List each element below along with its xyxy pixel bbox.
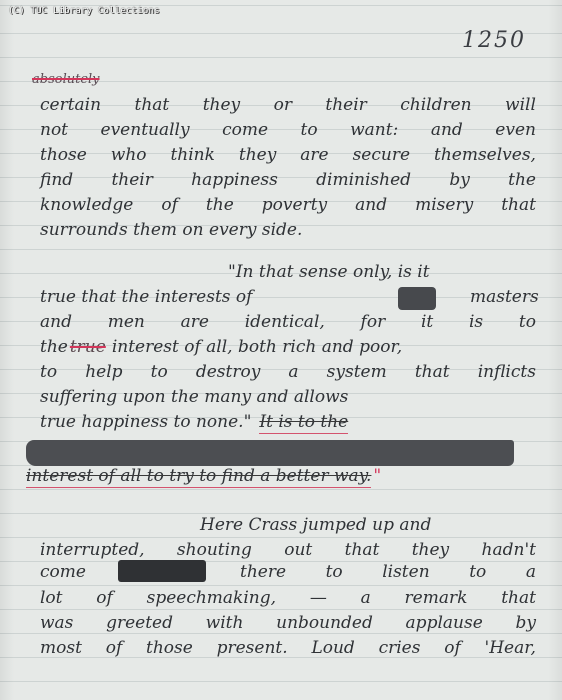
text-line: masters [470,287,536,307]
word: those [40,145,87,165]
word: find [40,170,73,190]
word: system [327,362,387,382]
word: interrupted, [40,540,145,560]
word: is [469,312,483,332]
word: cries [379,638,421,658]
word: are [181,312,209,332]
copyright-watermark: (C) TUC Library Collections [8,6,160,16]
word: secure [353,145,410,165]
word: to [40,362,57,382]
text-line: tohelptodestroyasystemthatinflicts [40,362,536,382]
page-number: 1250 [462,28,526,53]
word: by [515,613,536,633]
word: to [469,562,486,582]
line-text: the [40,337,68,357]
word: a [288,362,298,382]
word: shouting [177,540,252,560]
text-line: certainthattheyortheirchildrenwill [40,95,536,115]
word: not [40,120,68,140]
word: eventually [101,120,190,140]
word: inflicts [478,362,536,382]
word: and [355,195,387,215]
closing-quote: " [373,466,381,488]
redaction-bar [26,440,514,466]
word: come [222,120,268,140]
word: a [526,562,536,582]
text-line: true happiness to none." It is to the [40,412,536,434]
text-line: the true interest of all, both rich and … [40,337,536,357]
word: and [431,120,463,140]
word: certain [40,95,101,115]
deleted-word: absolutely [32,72,100,87]
word: think [170,145,214,165]
word: 'Hear, [485,638,536,658]
struck-text: interest of all to try to find a better … [26,466,371,488]
word: to [151,362,168,382]
text-line: surrounds them on every side. [40,220,536,240]
text-line: "In that sense only, is it [228,262,536,282]
word: identical, [245,312,325,332]
word: a [361,588,371,608]
struck-text: It is to the [259,412,348,434]
word: present. [217,638,288,658]
word: want: [350,120,398,140]
text-line: mostofthosepresent.Loudcriesof'Hear, [40,638,536,658]
word: of [96,588,113,608]
word: that [501,588,536,608]
word: of [106,638,123,658]
word: they [203,95,240,115]
word: knowledge [40,195,133,215]
word: that [501,195,536,215]
word: the [508,170,536,190]
redaction-block [398,287,436,310]
text-line: findtheirhappinessdiminishedbythe [40,170,536,190]
text-line: interrupted,shoutingoutthattheyhadn't [40,540,536,560]
word: most [40,638,82,658]
word: they [412,540,449,560]
word: was [40,613,73,633]
word: it [421,312,433,332]
word: of [444,638,461,658]
word: those [146,638,193,658]
word: diminished [316,170,411,190]
word: happiness [191,170,278,190]
word: themselves, [434,145,536,165]
word: they [239,145,276,165]
word: and [40,312,72,332]
word: that [135,95,170,115]
word: to [326,562,343,582]
manuscript-page: (C) TUC Library Collections 1250 absolut… [0,0,562,700]
word: by [449,170,470,190]
word: unbounded [276,613,373,633]
text-line: andmenareidentical,foritisto [40,312,536,332]
line-text: come [40,562,86,582]
text-line: Here Crass jumped up and [200,515,536,535]
text-line: true that the interests of [40,287,536,307]
struck-word: true [70,337,106,357]
word: there [240,562,286,582]
word: even [495,120,536,140]
word: to [519,312,536,332]
word: destroy [196,362,260,382]
word: greeted [106,613,173,633]
text-line: knowledgeofthepovertyandmiserythat [40,195,536,215]
redaction-block [118,560,206,582]
word: Loud [311,638,354,658]
word: poverty [262,195,327,215]
line-text: interest of all, both rich and poor, [112,337,402,357]
text-line: thosewhothinktheyaresecurethemselves, [40,145,536,165]
word: of [161,195,178,215]
word: speechmaking, [147,588,276,608]
word: their [325,95,366,115]
word: help [85,362,122,382]
word: for [361,312,386,332]
word: with [206,613,244,633]
text-line: wasgreetedwithunboundedapplauseby [40,613,536,633]
text-line: interest of all to try to find a better … [26,466,536,488]
word: the [206,195,234,215]
text-line: suffering upon the many and allows [40,387,536,407]
word: lot [40,588,63,608]
word: or [274,95,292,115]
word: are [300,145,328,165]
text-line: lotofspeechmaking,—aremarkthat [40,588,536,608]
word: out [284,540,312,560]
word: their [111,170,152,190]
line-text: true happiness to none." [40,412,251,434]
word: misery [415,195,473,215]
word: hadn't [482,540,536,560]
word: men [108,312,145,332]
text-line: theretolistentoa [240,562,536,582]
word: children [400,95,471,115]
word: listen [382,562,429,582]
word: applause [406,613,483,633]
text-line: noteventuallycometowant:andeven [40,120,536,140]
word: that [345,540,380,560]
word: to [301,120,318,140]
word: — [310,588,327,608]
word: will [505,95,536,115]
word: remark [405,588,468,608]
line-text: true that the interests of [40,287,252,307]
word: who [111,145,147,165]
word: that [415,362,450,382]
